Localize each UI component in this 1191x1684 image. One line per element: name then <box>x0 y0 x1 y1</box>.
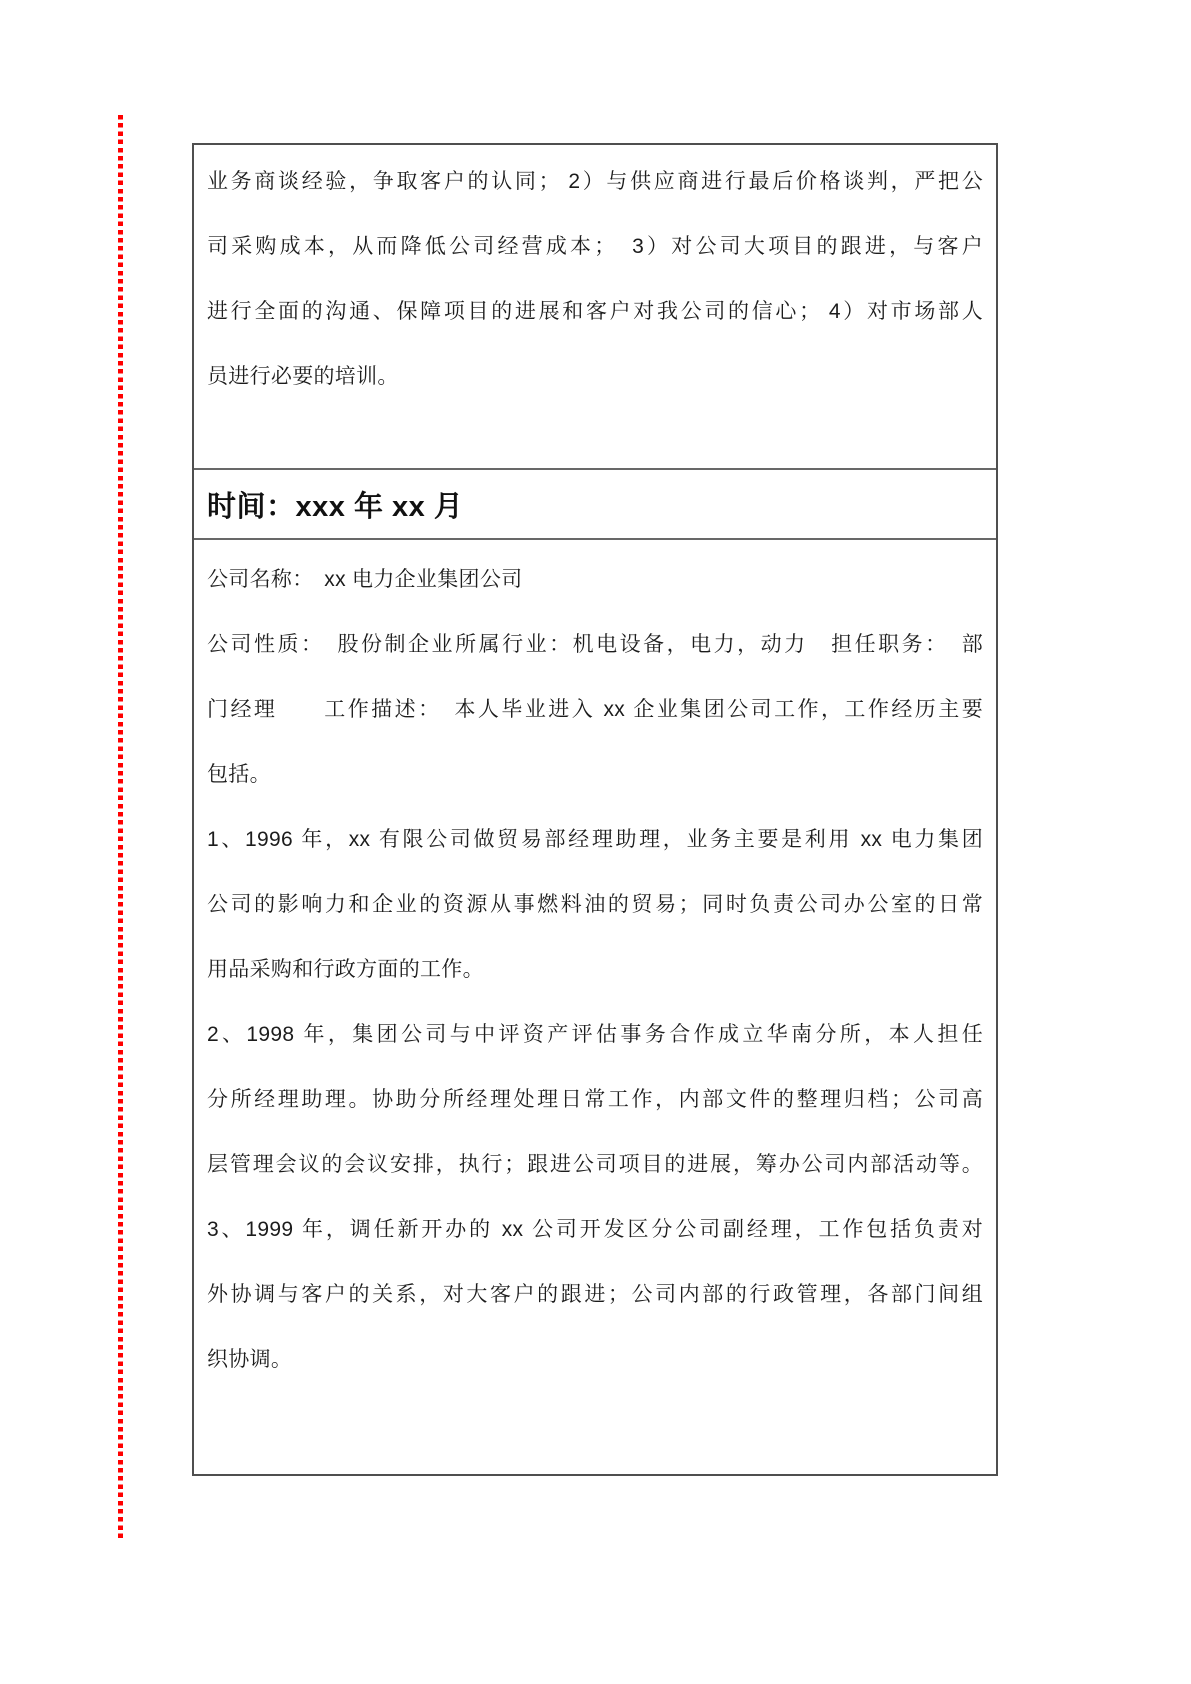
text-line: 分所经理助理。协助分所经理处理日常工作，内部文件的整理归档；公司高 <box>207 1067 983 1132</box>
text-line: 3、1999 年，调任新开办的 xx 公司开发区分公司副经理，工作包括负责对 <box>207 1197 983 1262</box>
text-line: 公司的影响力和企业的资源从事燃料油的贸易；同时负责公司办公室的日常 <box>207 872 983 937</box>
table-row-time-header: 时间：xxx 年 xx 月 <box>194 470 996 540</box>
text-line: 公司性质： 股份制企业所属行业：机电设备，电力，动力 担任职务： 部 <box>207 612 983 677</box>
text-line: 业务商谈经验，争取客户的认同； 2）与供应商进行最后价格谈判，严把公 <box>207 149 983 214</box>
text-line: 层管理会议的会议安排，执行；跟进公司项目的进展，筹办公司内部活动等。 <box>207 1132 983 1197</box>
text-line: 1、1996 年，xx 有限公司做贸易部经理助理，业务主要是利用 xx 电力集团 <box>207 807 983 872</box>
text-line: 司采购成本，从而降低公司经营成本； 3）对公司大项目的跟进，与客户 <box>207 214 983 279</box>
document-page: { "page": { "background_color": "#ffffff… <box>0 0 1191 1684</box>
table-row-duties: 业务商谈经验，争取客户的认同； 2）与供应商进行最后价格谈判，严把公 司采购成本… <box>194 145 996 470</box>
table-row-experience: 公司名称： xx 电力企业集团公司 公司性质： 股份制企业所属行业：机电设备，电… <box>194 540 996 1474</box>
binding-dashed-line <box>118 115 123 1539</box>
text-line: 公司名称： xx 电力企业集团公司 <box>207 547 983 612</box>
text-line: 门经理 工作描述： 本人毕业进入 xx 企业集团公司工作，工作经历主要 <box>207 677 983 742</box>
text-line: 包括。 <box>207 742 983 807</box>
text-line: 2、1998 年，集团公司与中评资产评估事务合作成立华南分所，本人担任 <box>207 1002 983 1067</box>
resume-table: 业务商谈经验，争取客户的认同； 2）与供应商进行最后价格谈判，严把公 司采购成本… <box>192 143 998 1476</box>
text-line: 外协调与客户的关系，对大客户的跟进；公司内部的行政管理，各部门间组 <box>207 1262 983 1327</box>
section-header-time: 时间：xxx 年 xx 月 <box>207 484 463 525</box>
text-line: 员进行必要的培训。 <box>207 344 983 409</box>
text-line: 织协调。 <box>207 1327 983 1392</box>
text-line: 用品采购和行政方面的工作。 <box>207 937 983 1002</box>
text-line: 进行全面的沟通、保障项目的进展和客户对我公司的信心； 4）对市场部人 <box>207 279 983 344</box>
